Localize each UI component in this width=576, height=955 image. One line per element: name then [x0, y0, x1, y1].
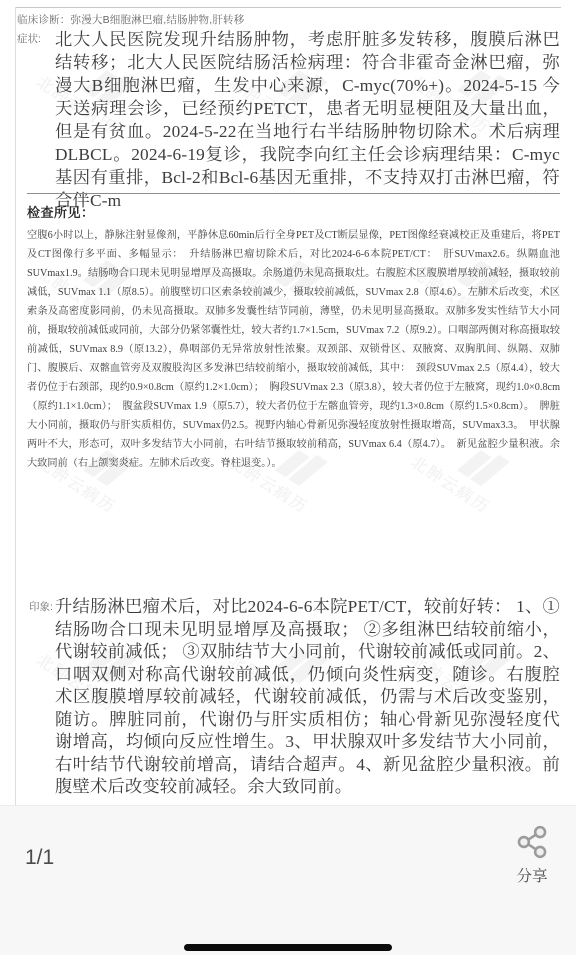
impression-label: 印象:	[29, 596, 55, 614]
symptoms-text: 北大人民医院发现升结肠肿物，考虑肝脏多发转移，腹膜后淋巴结转移；北大人民医院结肠…	[55, 28, 560, 212]
home-indicator[interactable]	[184, 944, 392, 951]
findings-text: 空腹6小时以上，静脉注射显像剂，平静休息60min后行全身PET及CT断层显像，…	[27, 226, 560, 473]
report-document[interactable]: 北肿云病历 北肿云病历 北肿云病历 北肿云病历 北肿云病历 北肿云病历 北肿云病…	[0, 0, 576, 805]
impression-section: 印象: 升结肠淋巴瘤术后，对比2024-6-6本院PET/CT，较前好转： 1、…	[29, 596, 560, 799]
page-top-border	[15, 7, 561, 8]
share-button[interactable]: 分享	[502, 824, 562, 886]
clinical-diagnosis-row: 临床诊断：弥漫大B细胞淋巴瘤,结肠肿物,肝转移	[17, 12, 557, 27]
section-divider	[27, 193, 560, 194]
bottom-toolbar: 1/1 分享	[0, 805, 576, 955]
clinical-diagnosis-value: 弥漫大B细胞淋巴瘤,结肠肿物,肝转移	[71, 14, 245, 26]
page-left-border	[15, 7, 16, 805]
page-indicator: 1/1	[25, 846, 54, 870]
share-nodes-icon	[514, 824, 550, 863]
findings-heading: 检查所见：	[27, 202, 95, 221]
symptoms-label: 症状:	[17, 28, 55, 46]
clinical-diagnosis-label: 临床诊断：	[17, 14, 71, 26]
share-label: 分享	[516, 864, 547, 886]
impression-text: 升结肠淋巴瘤术后，对比2024-6-6本院PET/CT，较前好转： 1、①结肠吻…	[55, 596, 560, 799]
symptoms-section: 症状: 北大人民医院发现升结肠肿物，考虑肝脏多发转移，腹膜后淋巴结转移；北大人民…	[17, 28, 560, 212]
